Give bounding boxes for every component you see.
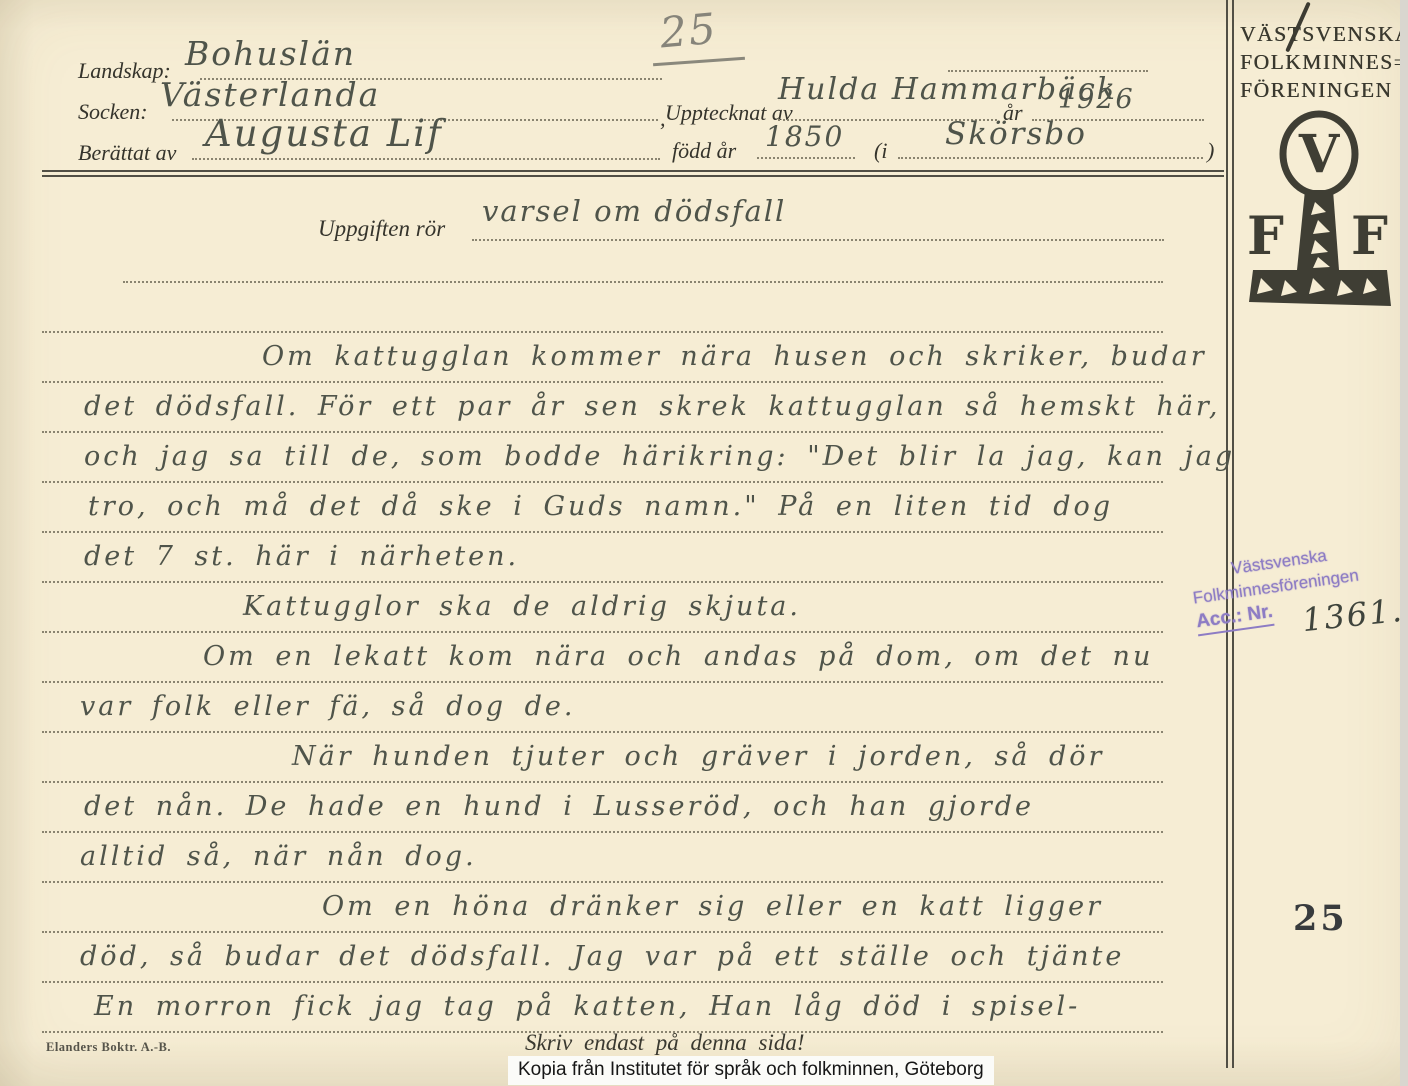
ruled-line (42, 481, 1163, 483)
monogram-v: V (1298, 124, 1341, 185)
monogram-f-right: F (1351, 206, 1388, 267)
ruled-line (42, 831, 1163, 833)
paren-dotted-line (898, 157, 1203, 159)
printer-imprint: Elanders Boktr. A.-B. (46, 1040, 171, 1055)
paren-close-label: ) (1207, 138, 1214, 164)
monogram-f-left: F (1247, 206, 1284, 267)
berattat-av-label: Berättat av (78, 140, 176, 166)
margin-double-rule-right (1232, 0, 1234, 1068)
ruled-line (42, 431, 1163, 433)
handwritten-line: det nån. De hade en hund i Lusseröd, och… (84, 791, 1034, 822)
pencil-number: 25 (658, 4, 720, 58)
page-number-stamp: 25 (1293, 898, 1348, 939)
handwritten-line: Kattugglor ska de aldrig skjuta. (243, 591, 801, 622)
pencil-underline (653, 57, 745, 66)
socken-handwritten-value: Västerlanda (160, 75, 380, 114)
society-name: VÄSTSVENSKA FOLKMINNES= FÖRENINGEN (1240, 20, 1400, 104)
scan-edge (1400, 0, 1408, 1086)
handwritten-line: Om kattugglan kommer nära husen och skri… (262, 341, 1207, 372)
ruled-line (42, 881, 1163, 883)
socken-label: Socken: (78, 99, 148, 125)
handwritten-line: alltid så, när nån dog. (80, 841, 477, 872)
ruled-line (42, 981, 1163, 983)
uppgiften-handwritten-value: varsel om dödsfall (482, 194, 786, 228)
ruled-line (42, 331, 1163, 333)
ruled-line (42, 581, 1163, 583)
ruled-line (42, 781, 1163, 783)
ruled-line (42, 731, 1163, 733)
margin-double-rule-left (1226, 0, 1228, 1068)
handwritten-line: död, så budar det dödsfall. Jag var på e… (80, 941, 1124, 972)
handwritten-line: var folk eller fä, så dog de. (80, 691, 575, 722)
archive-record-card: Landskap: Bohuslän Socken: , Västerlanda… (0, 0, 1408, 1086)
vff-mjolnir-logo-icon: V F F (1245, 110, 1395, 320)
society-name-line2: FOLKMINNES= (1240, 48, 1400, 76)
berattat-handwritten-value: Augusta Lif (205, 112, 443, 155)
handwritten-line: Om en höna dränker sig eller en katt lig… (322, 891, 1103, 922)
handwritten-line: det 7 st. här i närheten. (84, 541, 519, 572)
header-double-rule-bottom (42, 175, 1224, 177)
ruled-line (42, 381, 1163, 383)
uppgiften-ror-label: Uppgiften rör (318, 216, 445, 242)
berattat-dotted-line (192, 158, 660, 160)
fodd-handwritten-value: 1850 (765, 120, 844, 153)
landskap-label: Landskap: (78, 58, 171, 84)
ruled-line (42, 931, 1163, 933)
handwritten-line: En morron fick jag tag på katten, Han lå… (94, 991, 1080, 1022)
fodd-dotted-line (757, 157, 855, 159)
fodd-ar-label: född år (672, 138, 736, 164)
ar-handwritten-value: 1926 (1058, 84, 1135, 115)
header-double-rule-top (42, 170, 1224, 172)
uppgiften-dotted-line (472, 239, 1164, 241)
ruled-line (123, 281, 1163, 283)
handwritten-line: När hunden tjuter och gräver i jorden, s… (292, 741, 1104, 772)
ruled-line (42, 681, 1163, 683)
society-name-line1: VÄSTSVENSKA (1240, 20, 1400, 48)
ruled-line (42, 631, 1163, 633)
paren-handwritten-place: Skörsbo (945, 116, 1087, 152)
archive-copy-note: Kopia från Institutet för språk och folk… (508, 1056, 994, 1085)
society-name-line3: FÖRENINGEN (1240, 76, 1400, 104)
handwritten-line: tro, och må det då ske i Guds namn." På … (88, 491, 1113, 522)
handwritten-line: Om en lekatt kom nära och andas på dom, … (203, 641, 1153, 672)
ruled-line (42, 531, 1163, 533)
handwritten-line: och jag sa till de, som bodde härikring:… (84, 441, 1235, 472)
write-only-this-side-note: Skriv endast på denna sida! (525, 1030, 805, 1056)
landskap-handwritten-value: Bohuslän (185, 34, 356, 73)
paren-open-label: (i (874, 138, 887, 164)
handwritten-line: det dödsfall. För ett par år sen skrek k… (84, 391, 1220, 422)
